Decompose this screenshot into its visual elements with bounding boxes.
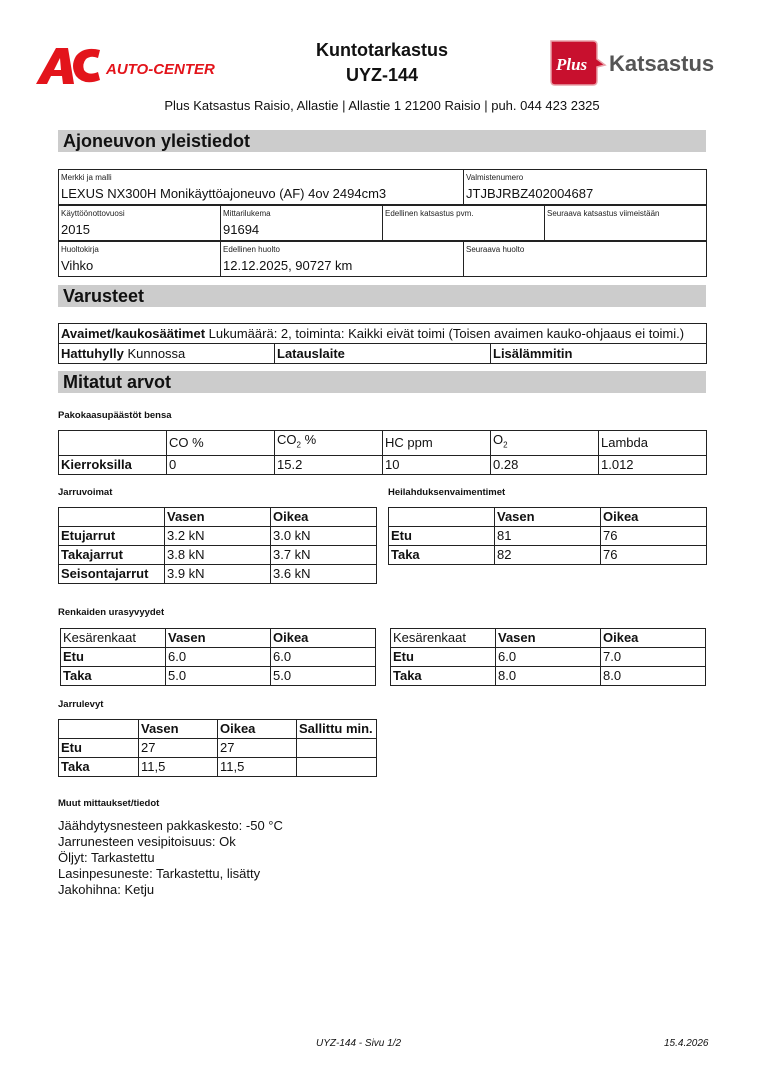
discs-table: Vasen Oikea Sallittu min. Etu2727 Taka11… — [58, 719, 377, 777]
report-title-block: Kuntotarkastus UYZ-144 — [282, 38, 482, 88]
list-item: Jakohihna: Ketju — [58, 882, 283, 898]
auto-center-text: AUTO-CENTER — [105, 61, 215, 78]
vin-value: JTJBJRBZ402004687 — [466, 186, 704, 202]
list-item: Lasinpesuneste: Tarkastettu, lisätty — [58, 866, 283, 882]
katsastus-text: Katsastus — [609, 51, 714, 76]
footer-date: 15.4.2026 — [664, 1038, 709, 1049]
misc-list: Jäähdytysnesteen pakkaskesto: -50 °C Jar… — [58, 818, 283, 898]
general-info-row-3: Huoltokirja Vihko Edellinen huolto 12.12… — [58, 241, 707, 277]
misc-title: Muut mittaukset/tiedot — [58, 798, 159, 809]
discs-title: Jarrulevyt — [58, 699, 103, 710]
brakes-title: Jarruvoimat — [58, 487, 112, 498]
vin-cell: Valmistenumero JTJBJRBZ402004687 — [464, 170, 707, 205]
emissions-table: CO % CO2 % HC ppm O2 Lambda Kierroksilla… — [58, 430, 707, 475]
first-reg-cell: Käyttöönottovuosi 2015 — [59, 206, 221, 241]
plus-badge-text: Plus — [555, 55, 588, 74]
aux-heater-cell: Lisälämmitin — [491, 344, 707, 364]
station-address: Plus Katsastus Raisio, Allastie | Allast… — [0, 98, 764, 113]
auto-center-logo: AUTO-CENTER — [34, 44, 224, 86]
table-row: Takajarrut3.8 kN3.7 kN — [59, 546, 377, 565]
equipment-table: Avaimet/kaukosäätimet Lukumäärä: 2, toim… — [58, 323, 707, 364]
keys-cell: Avaimet/kaukosäätimet Lukumäärä: 2, toim… — [59, 324, 707, 344]
service-book-cell: Huoltokirja Vihko — [59, 242, 221, 277]
shocks-title: Heilahduksenvaimentimet — [388, 487, 505, 498]
parcel-shelf-cell: Hattuhylly Kunnossa — [59, 344, 275, 364]
list-item: Jarrunesteen vesipitoisuus: Ok — [58, 834, 283, 850]
tyres-title: Renkaiden urasyvyydet — [58, 607, 164, 618]
next-inspection-cell: Seuraava katsastus viimeistään — [545, 206, 707, 241]
next-service-cell: Seuraava huolto — [464, 242, 707, 277]
table-row: Taka11,511,5 — [59, 758, 377, 777]
header-co2: CO2 % — [275, 431, 383, 456]
table-row: Etu6.07.0 — [391, 648, 706, 667]
odometer-cell: Mittarilukema 91694 — [221, 206, 383, 241]
general-info-table: Merkki ja malli LEXUS NX300H Monikäyttöa… — [58, 169, 707, 205]
tyres-table-1: Kesärenkaat Vasen Oikea Etu6.06.0 Taka5.… — [60, 628, 376, 686]
section-header-equipment: Varusteet — [58, 285, 706, 307]
charger-cell: Latauslaite — [275, 344, 491, 364]
make-model-value: LEXUS NX300H Monikäyttöajoneuvo (AF) 4ov… — [61, 186, 461, 202]
emissions-title: Pakokaasupäästöt bensa — [58, 410, 172, 421]
table-row: Etu2727 — [59, 739, 377, 758]
header-hc: HC ppm — [383, 431, 491, 456]
section-header-general: Ajoneuvon yleistiedot — [58, 130, 706, 152]
footer-page-number: UYZ-144 - Sivu 1/2 — [316, 1038, 401, 1049]
plate-number: UYZ-144 — [282, 63, 482, 88]
table-row: Seisontajarrut3.9 kN3.6 kN — [59, 565, 377, 584]
list-item: Öljyt: Tarkastettu — [58, 850, 283, 866]
report-title: Kuntotarkastus — [282, 38, 482, 63]
table-row: Etu6.06.0 — [61, 648, 376, 667]
shocks-table: Vasen Oikea Etu8176 Taka8276 — [388, 507, 707, 565]
header-o2: O2 — [491, 431, 599, 456]
table-row: Etujarrut3.2 kN3.0 kN — [59, 527, 377, 546]
table-row: Taka8.08.0 — [391, 667, 706, 686]
plus-katsastus-logo: Plus Katsastus — [547, 37, 729, 89]
make-model-cell: Merkki ja malli LEXUS NX300H Monikäyttöa… — [59, 170, 464, 205]
table-row: Taka8276 — [389, 546, 707, 565]
list-item: Jäähdytysnesteen pakkaskesto: -50 °C — [58, 818, 283, 834]
header-co: CO % — [167, 431, 275, 456]
general-info-row-2: Käyttöönottovuosi 2015 Mittarilukema 916… — [58, 205, 707, 241]
brakes-table: Vasen Oikea Etujarrut3.2 kN3.0 kN Takaja… — [58, 507, 377, 584]
table-row: Kierroksilla 0 15.2 10 0.28 1.012 — [59, 455, 707, 474]
section-header-measured: Mitatut arvot — [58, 371, 706, 393]
tyres-table-2: Kesärenkaat Vasen Oikea Etu6.07.0 Taka8.… — [390, 628, 706, 686]
table-row: Etu8176 — [389, 527, 707, 546]
header-lambda: Lambda — [599, 431, 707, 456]
prev-inspection-cell: Edellinen katsastus pvm. — [383, 206, 545, 241]
table-row: Taka5.05.0 — [61, 667, 376, 686]
prev-service-cell: Edellinen huolto 12.12.2025, 90727 km — [221, 242, 464, 277]
